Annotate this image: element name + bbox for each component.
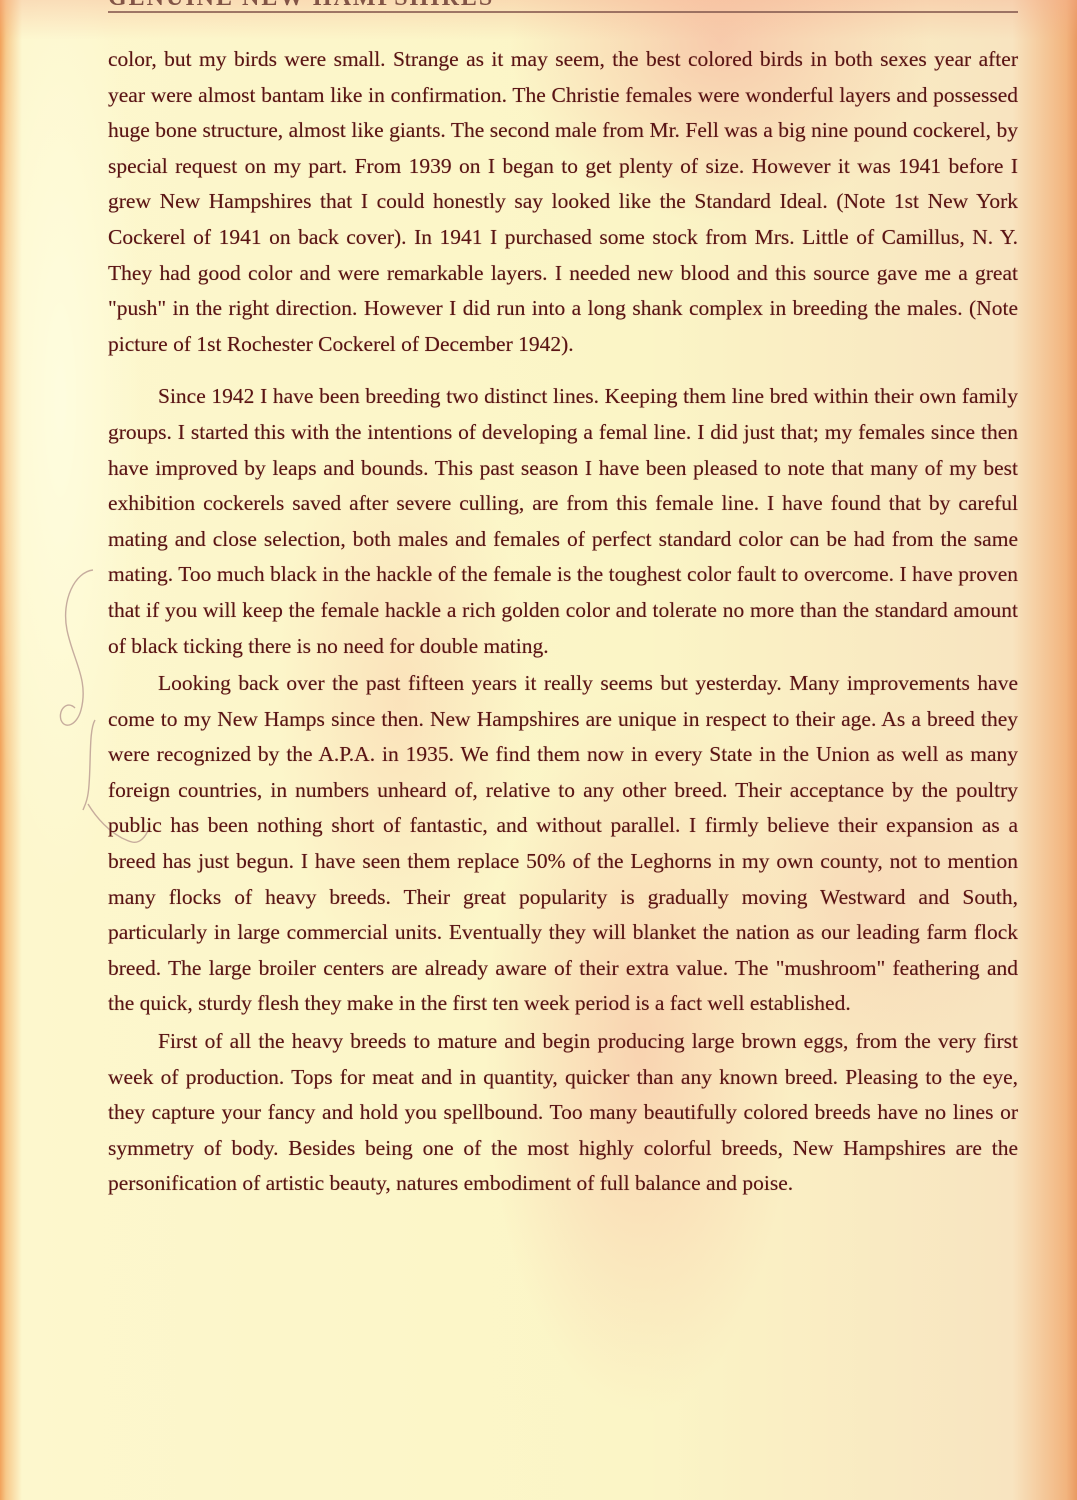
header-rule: [108, 11, 1018, 13]
scanned-page: Genuine New Hampshires color, but my bir…: [0, 0, 1077, 1500]
paragraph-looking-back: Looking back over the past fifteen years…: [108, 666, 1018, 1022]
paragraph-first-of-all: First of all the heavy breeds to mature …: [108, 1024, 1018, 1202]
paragraph-continuation: color, but my birds were small. Strange …: [108, 42, 1018, 362]
running-head: Genuine New Hampshires: [108, 0, 1028, 10]
body-text: color, but my birds were small. Strange …: [108, 42, 1018, 1202]
paragraph-since-1942: Since 1942 I have been breeding two dist…: [108, 379, 1018, 664]
pencil-margin-mark: [55, 560, 115, 820]
